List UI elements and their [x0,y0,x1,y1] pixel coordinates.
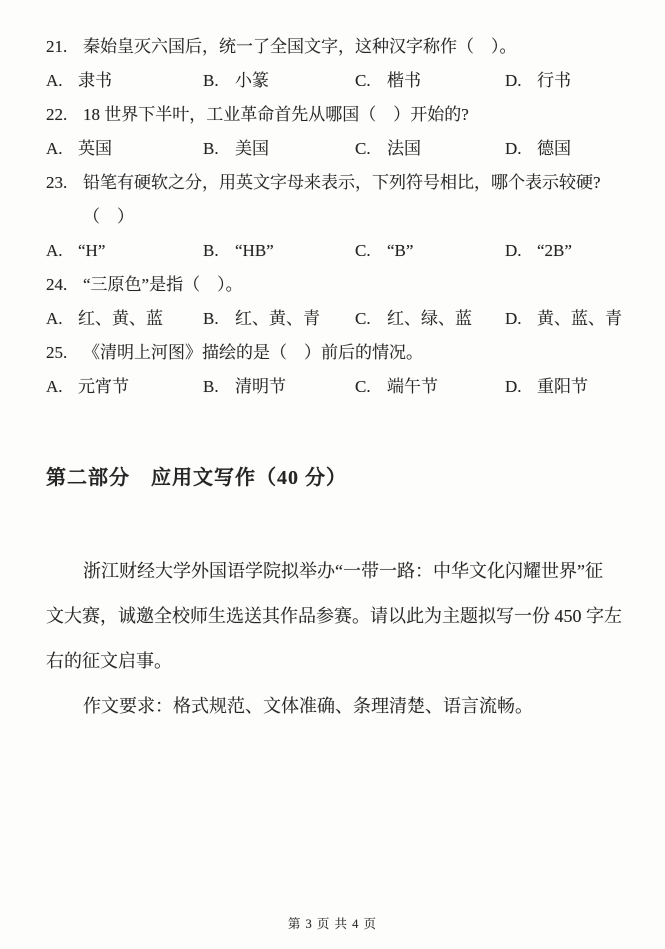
option-d: D.“2B” [505,234,627,268]
question-23: 23.铅笔有硬软之分，用英文字母来表示，下列符号相比，哪个表示较硬? （ ） A… [46,166,627,268]
question-21: 21.秦始皇灭六国后，统一了全国文字，这种汉字称作（ ）。 A.隶书 B.小篆 … [46,30,627,98]
page-number-footer: 第 3 页 共 4 页 [0,914,665,932]
question-text: 秦始皇灭六国后，统一了全国文字，这种汉字称作（ ）。 [83,37,517,56]
options-row: A.红、黄、蓝 B.红、黄、青 C.红、绿、蓝 D.黄、蓝、青 [46,302,627,336]
option-text: 黄、蓝、青 [537,309,622,328]
option-letter: B. [203,370,235,404]
option-letter: B. [203,64,235,98]
question-22: 22.18 世界下半叶，工业革命首先从哪国（ ）开始的? A.英国 B.美国 C… [46,98,627,166]
option-text: “B” [387,241,413,260]
option-text: 重阳节 [537,377,588,396]
essay-prompt: 浙江财经大学外国语学院拟举办“一带一路：中华文化闪耀世界”征 文大赛，诚邀全校师… [46,549,627,729]
option-letter: C. [355,302,387,336]
option-letter: A. [46,370,78,404]
option-text: 行书 [537,71,571,90]
option-text: 小篆 [235,71,269,90]
option-letter: B. [203,302,235,336]
option-letter: A. [46,132,78,166]
question-number: 21. [46,30,83,64]
question-text: 铅笔有硬软之分，用英文字母来表示，下列符号相比，哪个表示较硬? [83,173,601,192]
options-row: A.元宵节 B.清明节 C.端午节 D.重阳节 [46,370,627,404]
option-d: D.行书 [505,64,627,98]
option-text: “H” [78,241,105,260]
page-content: 21.秦始皇灭六国后，统一了全国文字，这种汉字称作（ ）。 A.隶书 B.小篆 … [0,0,665,729]
option-text: “2B” [537,241,572,260]
option-letter: D. [505,132,537,166]
option-a: A.英国 [46,132,203,166]
question-continuation: （ ） [46,200,627,234]
question-text: 《清明上河图》描绘的是（ ）前后的情况。 [83,343,423,362]
question-line: 24.“三原色”是指（ ）。 [46,268,627,302]
option-letter: A. [46,64,78,98]
question-number: 22. [46,98,83,132]
option-c: C.“B” [355,234,505,268]
question-25: 25.《清明上河图》描绘的是（ ）前后的情况。 A.元宵节 B.清明节 C.端午… [46,336,627,404]
options-row: A.“H” B.“HB” C.“B” D.“2B” [46,234,627,268]
question-24: 24.“三原色”是指（ ）。 A.红、黄、蓝 B.红、黄、青 C.红、绿、蓝 D… [46,268,627,336]
essay-line: 浙江财经大学外国语学院拟举办“一带一路：中华文化闪耀世界”征 [46,549,627,594]
option-b: B.红、黄、青 [203,302,355,336]
option-letter: A. [46,234,78,268]
question-number: 23. [46,166,83,200]
option-c: C.法国 [355,132,505,166]
option-text: 英国 [78,139,112,158]
option-a: A.“H” [46,234,203,268]
option-text: 德国 [537,139,571,158]
option-letter: B. [203,132,235,166]
option-text: 红、黄、青 [235,309,320,328]
question-number: 24. [46,268,83,302]
option-text: 红、绿、蓝 [387,309,472,328]
option-letter: C. [355,234,387,268]
option-text: 端午节 [387,377,438,396]
question-line: 25.《清明上河图》描绘的是（ ）前后的情况。 [46,336,627,370]
option-text: 法国 [387,139,421,158]
option-a: A.隶书 [46,64,203,98]
essay-line: 右的征文启事。 [46,639,627,684]
option-c: C.红、绿、蓝 [355,302,505,336]
option-letter: D. [505,64,537,98]
option-letter: D. [505,234,537,268]
options-row: A.英国 B.美国 C.法国 D.德国 [46,132,627,166]
option-b: B.小篆 [203,64,355,98]
question-line: 23.铅笔有硬软之分，用英文字母来表示，下列符号相比，哪个表示较硬? [46,166,627,200]
option-text: 美国 [235,139,269,158]
option-text: “HB” [235,241,274,260]
scanned-exam-page: 21.秦始皇灭六国后，统一了全国文字，这种汉字称作（ ）。 A.隶书 B.小篆 … [0,0,665,949]
option-text: 楷书 [387,71,421,90]
option-text: 清明节 [235,377,286,396]
essay-requirements-line: 作文要求：格式规范、文体准确、条理清楚、语言流畅。 [46,684,627,729]
option-letter: A. [46,302,78,336]
option-text: 红、黄、蓝 [78,309,163,328]
option-d: D.黄、蓝、青 [505,302,627,336]
question-text: 18 世界下半叶，工业革命首先从哪国（ ）开始的? [83,105,469,124]
option-text: 隶书 [78,71,112,90]
essay-line: 文大赛，诚邀全校师生选送其作品参赛。请以此为主题拟写一份 450 字左 [46,594,627,639]
option-c: C.端午节 [355,370,505,404]
options-row: A.隶书 B.小篆 C.楷书 D.行书 [46,64,627,98]
question-number: 25. [46,336,83,370]
option-a: A.红、黄、蓝 [46,302,203,336]
option-b: B.清明节 [203,370,355,404]
question-text: “三原色”是指（ ）。 [83,275,243,294]
option-a: A.元宵节 [46,370,203,404]
option-b: B.“HB” [203,234,355,268]
option-b: B.美国 [203,132,355,166]
option-letter: D. [505,370,537,404]
option-text: 元宵节 [78,377,129,396]
option-letter: B. [203,234,235,268]
option-letter: C. [355,132,387,166]
question-line: 22.18 世界下半叶，工业革命首先从哪国（ ）开始的? [46,98,627,132]
option-letter: C. [355,64,387,98]
option-c: C.楷书 [355,64,505,98]
section-title: 第二部分 应用文写作（40 分） [46,464,627,492]
question-line: 21.秦始皇灭六国后，统一了全国文字，这种汉字称作（ ）。 [46,30,627,64]
option-d: D.重阳节 [505,370,627,404]
option-letter: C. [355,370,387,404]
option-letter: D. [505,302,537,336]
option-d: D.德国 [505,132,627,166]
